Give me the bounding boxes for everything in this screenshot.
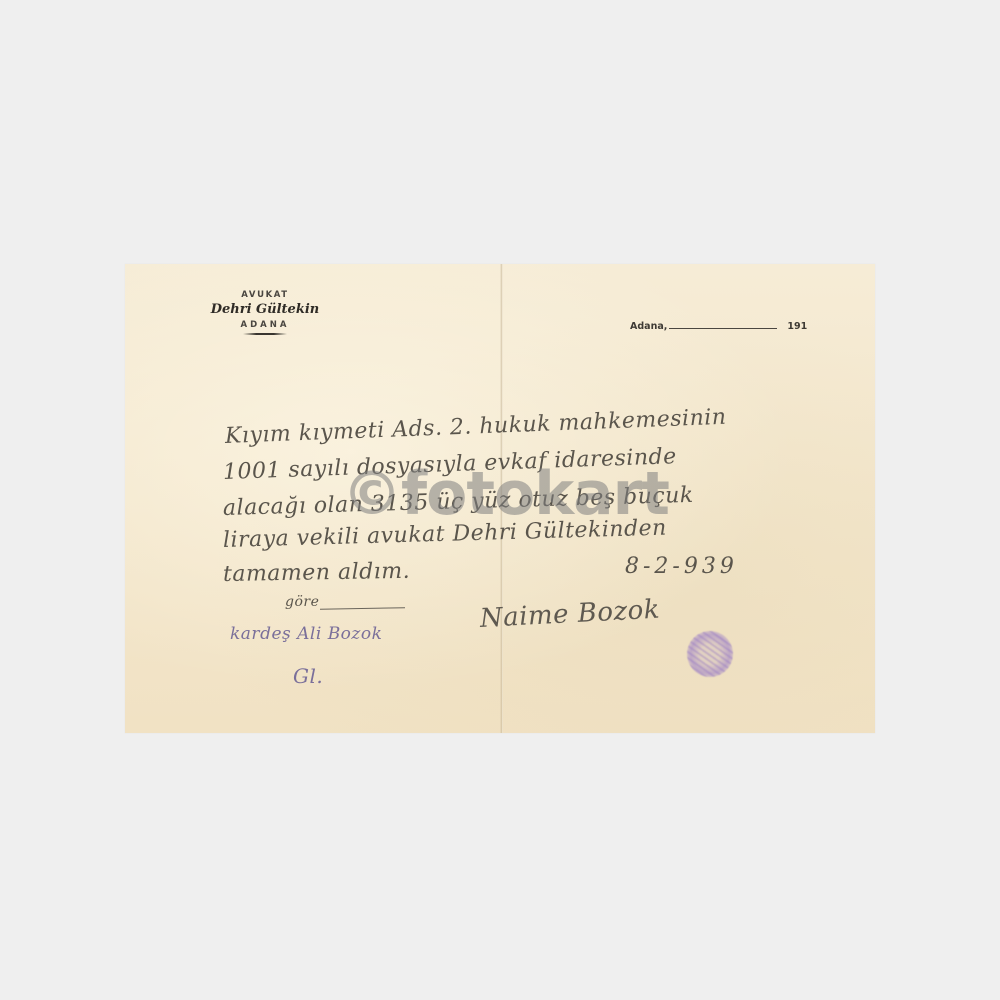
letterhead-divider [243,333,287,335]
handwritten-line-5: tamamen aldım. [223,559,411,587]
dateline: Adana, 191 [630,321,807,332]
handwritten-date: 8-2-939 [625,554,738,579]
annotation-underline [320,607,405,609]
signature: Naime Bozok [479,595,661,634]
handwritten-line-2: 1001 sayılı dosyasıyla evkaf idaresinde [223,444,677,485]
dateline-place: Adana, [630,321,667,332]
handwritten-line-4: liraya vekili avukat Dehri Gültekinden [223,516,667,553]
dateline-year: 191 [787,321,807,332]
letterhead-title: AVUKAT [195,290,335,300]
letterhead-name: Dehri Gültekin [195,302,335,317]
seal-stamp-icon [687,631,733,677]
dateline-blank [669,328,777,329]
handwritten-line-1: Kıyım kıymeti Ads. 2. hukuk mahkemesinin [225,405,727,449]
initials: Gl. [293,664,323,688]
letterhead-city: ADANA [195,320,335,330]
handwritten-line-3: alacağı olan 3135 üç yüz otuz beş buçuk [223,483,694,521]
letterhead: AVUKAT Dehri Gültekin ADANA [195,290,335,335]
annotation-gore: göre [285,594,319,610]
annotation-purple: kardeş Ali Bozok [230,624,382,644]
document-paper: AVUKAT Dehri Gültekin ADANA Adana, 191 K… [125,264,875,733]
